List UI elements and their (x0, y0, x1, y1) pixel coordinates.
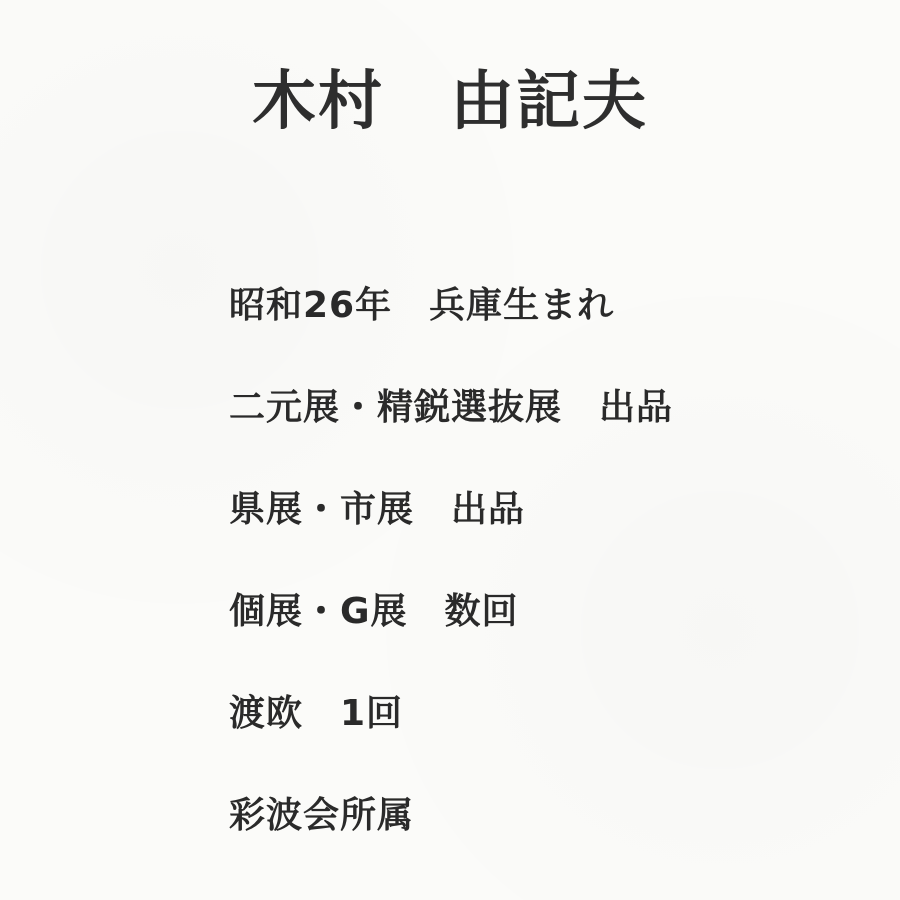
profile-affiliation: 彩波会所属 (229, 790, 849, 892)
profile-exhibition-prefecture-city: 県展・市展 出品 (229, 484, 849, 586)
document-page: 木村 由記夫 昭和26年 兵庫生まれ 二元展・精鋭選抜展 出品 県展・市展 出品… (0, 0, 900, 900)
profile-exhibition-nika: 二元展・精鋭選抜展 出品 (229, 382, 849, 484)
profile-list: 昭和26年 兵庫生まれ 二元展・精鋭選抜展 出品 県展・市展 出品 個展・G展 … (229, 280, 849, 892)
profile-solo-exhibitions: 個展・G展 数回 (229, 586, 849, 688)
artist-name: 木村 由記夫 (0, 62, 900, 142)
profile-travel-europe: 渡欧 1回 (229, 688, 849, 790)
profile-birth: 昭和26年 兵庫生まれ (229, 280, 849, 382)
